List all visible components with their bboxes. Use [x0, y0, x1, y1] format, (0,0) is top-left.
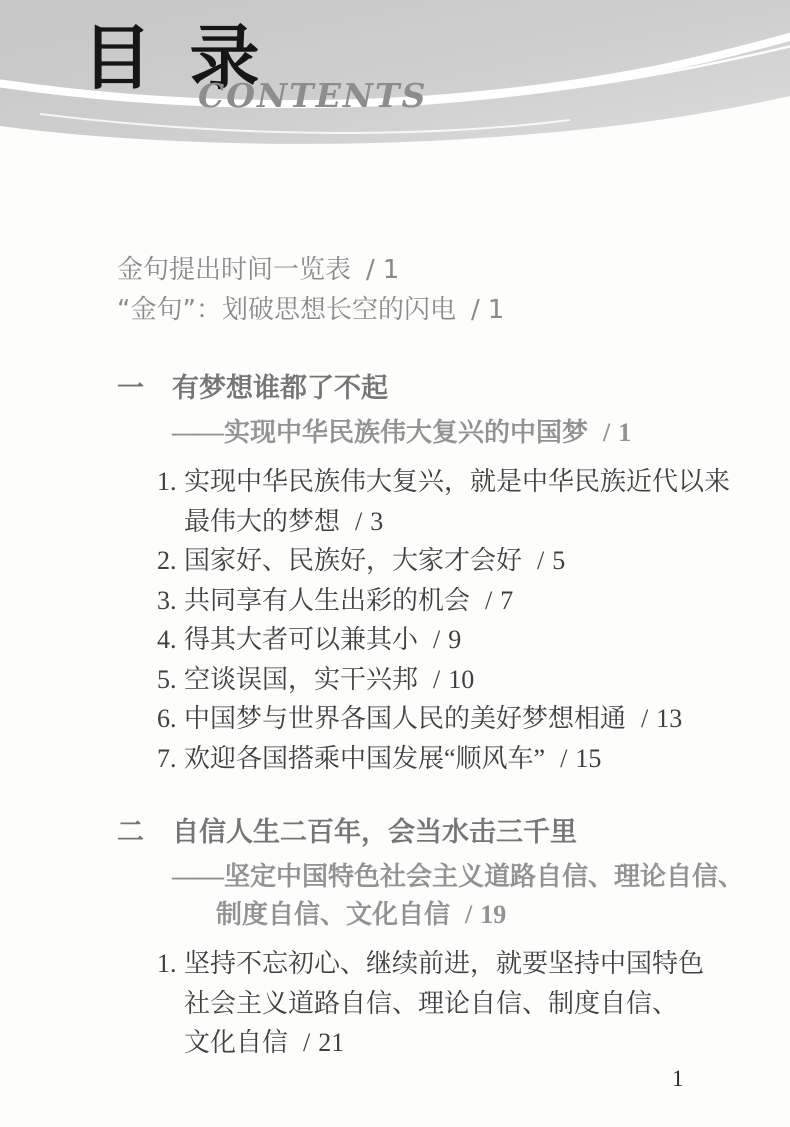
toc-entry: 金句提出时间一览表/1: [117, 250, 740, 290]
subtitle-line: ——实现中华民族伟大复兴的中国梦/1: [172, 414, 750, 452]
page-ref: /10: [433, 665, 474, 694]
toc-page: 目 录 CONTENTS 金句提出时间一览表/1 “金句”：划破思想长空的闪电/…: [0, 0, 790, 1127]
entry-page: 1: [383, 255, 400, 285]
separator: /: [355, 507, 362, 536]
page-ref: /9: [433, 625, 461, 654]
section-one: 一 有梦想谁都了不起 ——实现中华民族伟大复兴的中国梦/1 1. 实现中华民族伟…: [117, 372, 750, 778]
subtitle-text: ——坚定中国特色社会主义道路自信、理论自信、: [172, 862, 744, 891]
item-text: 欢迎各国搭乘中国发展“顺风车”: [184, 744, 545, 773]
separator: /: [471, 295, 480, 325]
toc-item: 1. 坚持不忘初心、继续前进，就要坚持中国特色 社会主义道路自信、理论自信、制度…: [157, 944, 750, 1063]
item-text: 坚持不忘初心、继续前进，就要坚持中国特色: [184, 949, 704, 978]
item-line: 社会主义道路自信、理论自信、制度自信、: [184, 984, 750, 1024]
section-items: 1. 坚持不忘初心、继续前进，就要坚持中国特色 社会主义道路自信、理论自信、制度…: [157, 944, 750, 1063]
section-number: 二: [117, 816, 172, 850]
item-line: 坚持不忘初心、继续前进，就要坚持中国特色: [184, 944, 750, 984]
item-text: 实现中华民族伟大复兴，就是中华民族近代以来: [184, 467, 730, 496]
item-line: 实现中华民族伟大复兴，就是中华民族近代以来: [184, 462, 750, 502]
page-ref: /19: [465, 900, 506, 929]
subtitle-line: ——坚定中国特色社会主义道路自信、理论自信、: [172, 858, 750, 896]
item-number: 4.: [157, 620, 184, 660]
section-heading: 二 自信人生二百年，会当水击三千里: [117, 816, 750, 850]
page-ref: /5: [537, 546, 565, 575]
toc-item: 4. 得其大者可以兼其小/9: [157, 620, 750, 660]
entry-page: 7: [500, 586, 513, 615]
item-text: 国家好、民族好，大家才会好: [184, 546, 522, 575]
section-title: 有梦想谁都了不起: [172, 372, 388, 406]
page-ref: /1: [471, 295, 504, 325]
item-text: 中国梦与世界各国人民的美好梦想相通: [184, 704, 626, 733]
page-ref: /15: [560, 744, 601, 773]
toc-entry: “金句”：划破思想长空的闪电/1: [117, 290, 740, 330]
section-subtitle: ——实现中华民族伟大复兴的中国梦/1: [172, 414, 750, 452]
item-number: 2.: [157, 541, 184, 581]
entry-page: 3: [370, 507, 383, 536]
entry-page: 1: [618, 418, 631, 447]
item-text: 空谈误国，实干兴邦: [184, 665, 418, 694]
item-line: 国家好、民族好，大家才会好/5: [184, 541, 750, 581]
item-text: 最伟大的梦想: [184, 507, 340, 536]
page-ref: /21: [303, 1028, 344, 1057]
toc-item: 1. 实现中华民族伟大复兴，就是中华民族近代以来 最伟大的梦想/3: [157, 462, 750, 541]
section-two: 二 自信人生二百年，会当水击三千里 ——坚定中国特色社会主义道路自信、理论自信、…: [117, 816, 750, 1063]
toc-item: 6. 中国梦与世界各国人民的美好梦想相通/13: [157, 699, 750, 739]
item-number: 6.: [157, 699, 184, 739]
item-line: 共同享有人生出彩的机会/7: [184, 581, 750, 621]
subtitle-line: 制度自信、文化自信/19: [216, 896, 750, 934]
section-items: 1. 实现中华民族伟大复兴，就是中华民族近代以来 最伟大的梦想/3 2. 国家好…: [157, 462, 750, 778]
entry-page: 5: [552, 546, 565, 575]
entry-page: 15: [575, 744, 601, 773]
subtitle-text: ——实现中华民族伟大复兴的中国梦: [172, 418, 588, 447]
item-line: 欢迎各国搭乘中国发展“顺风车”/15: [184, 739, 750, 779]
item-line: 文化自信/21: [184, 1023, 750, 1063]
toc-item: 2. 国家好、民族好，大家才会好/5: [157, 541, 750, 581]
page-ref: /13: [641, 704, 682, 733]
entry-text: “金句”：划破思想长空的闪电: [117, 295, 456, 325]
separator: /: [537, 546, 544, 575]
separator: /: [465, 900, 472, 929]
page-ref: /3: [355, 507, 383, 536]
item-number: 3.: [157, 581, 184, 621]
section-title: 自信人生二百年，会当水击三千里: [172, 816, 577, 850]
entry-page: 1: [488, 295, 505, 325]
page-ref: /1: [603, 418, 631, 447]
item-line: 最伟大的梦想/3: [184, 502, 750, 542]
item-number: 7.: [157, 739, 184, 779]
page-ref: /1: [366, 255, 399, 285]
toc-item: 5. 空谈误国，实干兴邦/10: [157, 660, 750, 700]
subtitle-text: 制度自信、文化自信: [216, 900, 450, 929]
item-text: 文化自信: [184, 1028, 288, 1057]
separator: /: [366, 255, 375, 285]
section-subtitle: ——坚定中国特色社会主义道路自信、理论自信、 制度自信、文化自信/19: [172, 858, 750, 934]
item-text: 社会主义道路自信、理论自信、制度自信、: [184, 989, 678, 1018]
section-number: 一: [117, 372, 172, 406]
item-line: 得其大者可以兼其小/9: [184, 620, 750, 660]
item-number: 1.: [157, 462, 184, 541]
section-heading: 一 有梦想谁都了不起: [117, 372, 750, 406]
entry-page: 13: [656, 704, 682, 733]
item-text: 共同享有人生出彩的机会: [184, 586, 470, 615]
separator: /: [433, 625, 440, 654]
separator: /: [603, 418, 610, 447]
entry-text: 金句提出时间一览表: [117, 255, 351, 285]
toc-item: 3. 共同享有人生出彩的机会/7: [157, 581, 750, 621]
item-number: 1.: [157, 944, 184, 1063]
separator: /: [485, 586, 492, 615]
separator: /: [641, 704, 648, 733]
separator: /: [560, 744, 567, 773]
entry-page: 19: [480, 900, 506, 929]
item-number: 5.: [157, 660, 184, 700]
entry-page: 9: [448, 625, 461, 654]
item-line: 空谈误国，实干兴邦/10: [184, 660, 750, 700]
toc-item: 7. 欢迎各国搭乘中国发展“顺风车”/15: [157, 739, 750, 779]
page-ref: /7: [485, 586, 513, 615]
separator: /: [303, 1028, 310, 1057]
page-subtitle: CONTENTS: [198, 76, 427, 115]
item-line: 中国梦与世界各国人民的美好梦想相通/13: [184, 699, 750, 739]
entry-page: 10: [448, 665, 474, 694]
separator: /: [433, 665, 440, 694]
item-text: 得其大者可以兼其小: [184, 625, 418, 654]
front-matter: 金句提出时间一览表/1 “金句”：划破思想长空的闪电/1: [117, 250, 740, 330]
page-number: 1: [672, 1066, 684, 1092]
entry-page: 21: [318, 1028, 344, 1057]
